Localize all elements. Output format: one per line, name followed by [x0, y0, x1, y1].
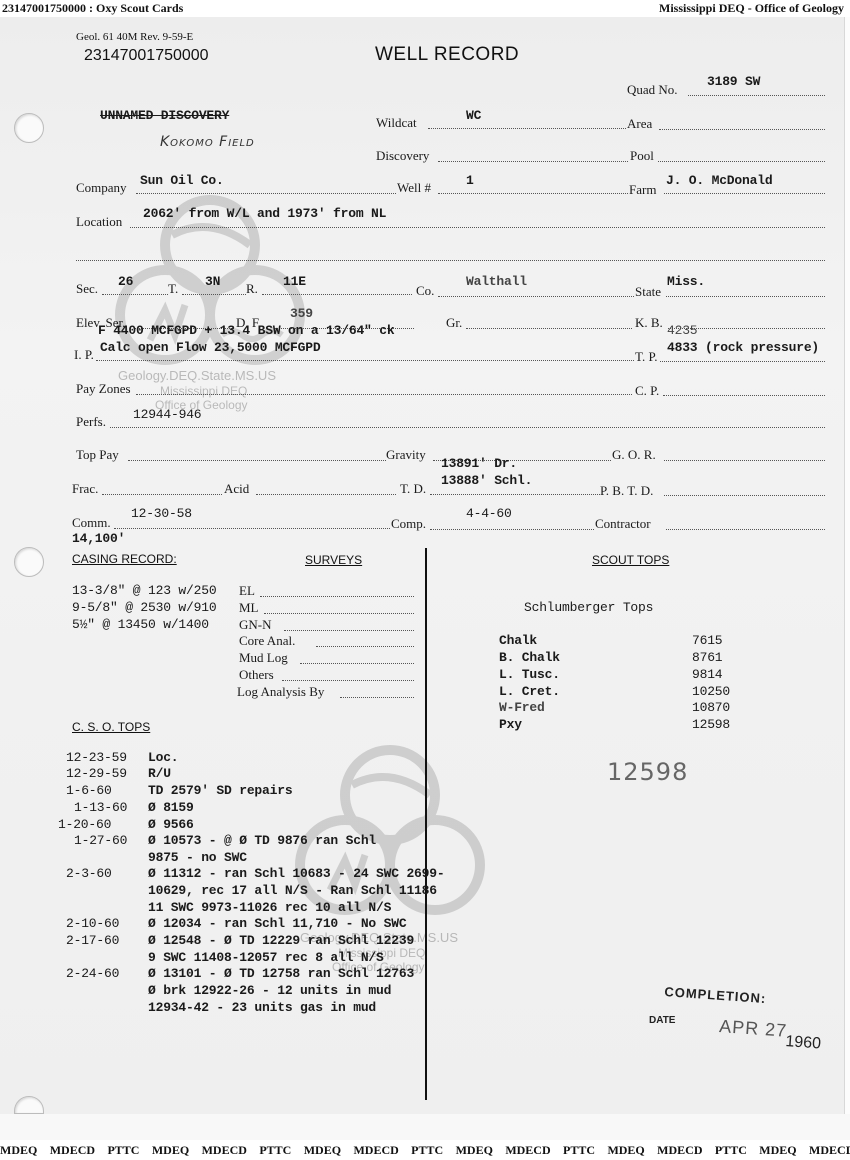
completion-year-value: 1960	[785, 1033, 822, 1053]
cso-entry-text: Ø 10573 - @ Ø TD 9876 ran Schl	[148, 833, 376, 848]
frac-label: Frac.	[72, 481, 98, 497]
well-no-value: 1	[466, 173, 474, 188]
pool-label: Pool	[630, 148, 654, 164]
scout-top-depth: 7615	[692, 633, 722, 648]
scout-top-name: B. Chalk	[499, 650, 560, 665]
township-label: T.	[168, 281, 178, 297]
completion-date-label: DATE	[649, 1015, 675, 1026]
footer-tag: MDECD	[202, 1140, 247, 1160]
state-value: Miss.	[667, 274, 705, 289]
total-depth-label: T. D.	[400, 481, 426, 497]
casing-row: 5½" @ 13450 w/1400	[72, 617, 209, 632]
survey-item-core-anal: Core Anal.	[239, 633, 295, 649]
location-value: 2062' from W/L and 1973' from NL	[143, 206, 386, 221]
survey-item-ml: ML	[239, 600, 259, 616]
area-label: Area	[627, 116, 652, 132]
struck-field-name: UNNAMED DISCOVERY	[100, 108, 229, 123]
form-number: Geol. 61 40M Rev. 9-59-E	[76, 31, 193, 43]
township-value: 3N	[205, 274, 220, 289]
quad-no-label: Quad No.	[627, 82, 678, 98]
county-value: Walthall	[466, 274, 527, 289]
cso-entry-text: 9 SWC 11408-12057 rec 8 all N/S	[148, 950, 384, 965]
cso-entry-date: 12-29-59	[66, 766, 127, 781]
gravity-label: Gravity	[386, 447, 426, 463]
schlumberger-tops-subheading: Schlumberger Tops	[524, 600, 653, 615]
cso-entry-text: Ø 13101 - Ø TD 12758 ran Schl 12763	[148, 966, 414, 981]
scout-top-name: L. Cret.	[499, 684, 560, 699]
cso-entry-text: Ø 8159	[148, 800, 194, 815]
range-label: R.	[246, 281, 258, 297]
ip-value-line1: F 4400 MCFGPD + 13.4 BSW on a 13/64" ck	[98, 323, 394, 338]
surveys-heading: SURVEYS	[305, 553, 362, 567]
footer-tag: MDECD	[657, 1140, 702, 1160]
casing-pressure-label: C. P.	[635, 383, 659, 399]
footer-tag: MDEQ	[152, 1140, 189, 1160]
cso-entry-text: 12934-42 - 23 units gas in mud	[148, 1000, 376, 1015]
cso-entry-date: 2-10-60	[66, 916, 119, 931]
county-label: Co.	[416, 283, 434, 299]
field-name-handwritten: Kokomo Field	[160, 134, 255, 150]
acid-label: Acid	[224, 481, 249, 497]
pay-zones-label: Pay Zones	[76, 381, 131, 397]
publisher-name: Mississippi DEQ - Office of Geology	[659, 0, 844, 17]
commenced-value: 12-30-58	[131, 506, 192, 521]
quad-no-value: 3189 SW	[707, 74, 760, 89]
cso-entry-text: Ø 9566	[148, 817, 194, 832]
company-label: Company	[76, 180, 127, 196]
ground-label: Gr.	[446, 315, 462, 331]
cso-entry-date: 2-17-60	[66, 933, 119, 948]
casing-record-heading: CASING RECORD:	[72, 552, 177, 566]
footer-tag: MDEQ	[759, 1140, 796, 1160]
footer-tag: PTTC	[259, 1140, 291, 1160]
farm-label: Farm	[629, 182, 656, 198]
cso-entry-date: 1-6-60	[66, 783, 112, 798]
survey-item-mud-log: Mud Log	[239, 650, 288, 666]
footer-tag: MDEQ	[607, 1140, 644, 1160]
wildcat-value: WC	[466, 108, 481, 123]
footer-tag: MDEQ	[0, 1140, 37, 1160]
cso-entry-text: Loc.	[148, 750, 178, 765]
cso-entry-date: 2-24-60	[66, 966, 119, 981]
footer-tag: MDECD	[353, 1140, 398, 1160]
proposed-depth: 14,100'	[72, 531, 125, 546]
well-no-label: Well #	[397, 180, 431, 196]
viewer-header: 23147001750000 : Oxy Scout Cards Mississ…	[0, 0, 850, 17]
cso-entry-text: Ø 12548 - Ø TD 12229 ran Schl 12239	[148, 933, 414, 948]
completed-label: Comp.	[391, 516, 426, 532]
perfs-value: 12944-946	[133, 407, 201, 422]
scout-tops-heading: SCOUT TOPS	[592, 553, 669, 567]
gor-label: G. O. R.	[612, 447, 656, 463]
page-edge	[844, 17, 850, 1114]
cso-entry-date: 1-20-60	[58, 817, 111, 832]
cso-entry-date: 1-13-60	[74, 800, 127, 815]
cso-entry-date: 1-27-60	[74, 833, 127, 848]
derrick-floor-value: 359	[290, 306, 313, 321]
cso-entry-text: 11 SWC 9973-11026 rec 10 all N/S	[148, 900, 391, 915]
footer-tag: MDEQ	[304, 1140, 341, 1160]
casing-row: 13-3/8" @ 123 w/250	[72, 583, 216, 598]
kelly-bushing-value: 4235	[667, 323, 697, 338]
tubing-pressure-value: 4833 (rock pressure)	[667, 340, 819, 355]
top-pay-label: Top Pay	[76, 447, 119, 463]
discovery-label: Discovery	[376, 148, 429, 164]
casing-row: 9-5/8" @ 2530 w/910	[72, 600, 216, 615]
range-value: 11E	[283, 274, 306, 289]
tubing-pressure-label: T. P.	[635, 349, 658, 365]
perfs-label: Perfs.	[76, 414, 106, 430]
cso-entry-text: Ø brk 12922-26 - 12 units in mud	[148, 983, 391, 998]
footer-tag: MDEQ	[456, 1140, 493, 1160]
footer-tag: MDECD	[505, 1140, 550, 1160]
footer-tag: PTTC	[107, 1140, 139, 1160]
survey-item-gn-n: GN-N	[239, 617, 272, 633]
footer-tag: MDECD	[809, 1140, 850, 1160]
scout-top-depth: 8761	[692, 650, 722, 665]
scout-top-name: W-Fred	[499, 700, 545, 715]
column-divider	[425, 548, 427, 1100]
footer-tag: PTTC	[563, 1140, 595, 1160]
location-label: Location	[76, 214, 122, 230]
footer-tag: PTTC	[715, 1140, 747, 1160]
viewer-footer: MDEQMDECDPTTCMDEQMDECDPTTCMDEQMDECDPTTCM…	[0, 1140, 850, 1160]
page-bottom-margin	[0, 1114, 850, 1140]
cso-entry-date: 2-3-60	[66, 866, 112, 881]
farm-value: J. O. McDonald	[666, 173, 772, 188]
footer-tag: PTTC	[411, 1140, 443, 1160]
cso-entry-text: Ø 12034 - ran Schl 11,710 - No SWC	[148, 916, 406, 931]
binder-hole-middle	[14, 547, 44, 577]
scout-top-depth: 10250	[692, 684, 730, 699]
cso-tops-heading: C. S. O. TOPS	[72, 720, 150, 734]
form-title: WELL RECORD	[375, 44, 519, 66]
state-label: State	[635, 284, 661, 300]
well-api-number: 23147001750000	[84, 47, 209, 65]
contractor-label: Contractor	[595, 516, 651, 532]
total-depth-driller: 13891' Dr.	[441, 456, 517, 471]
scout-top-depth: 9814	[692, 667, 722, 682]
kelly-bushing-label: K. B.	[635, 315, 663, 331]
initial-potential-label: I. P.	[74, 347, 94, 363]
scout-top-depth: 10870	[692, 700, 730, 715]
cso-entry-text: R/U	[148, 766, 171, 781]
wildcat-label: Wildcat	[376, 115, 417, 131]
cso-entry-date: 12-23-59	[66, 750, 127, 765]
cso-entry-text: 9875 - no SWC	[148, 850, 247, 865]
cso-entry-text: Ø 11312 - ran Schl 10683 - 24 SWC 2699-	[148, 866, 444, 881]
survey-item-log-analysis-by: Log Analysis By	[237, 684, 324, 700]
cso-entry-text: 10629, rec 17 all N/S - Ran Schl 11186	[148, 883, 437, 898]
pbtd-label: P. B. T. D.	[600, 483, 653, 499]
company-value: Sun Oil Co.	[140, 173, 224, 188]
document-title: 23147001750000 : Oxy Scout Cards	[2, 0, 183, 17]
scout-top-name: L. Tusc.	[499, 667, 560, 682]
binder-hole-top	[14, 113, 44, 143]
total-depth-schlumberger: 13888' Schl.	[441, 473, 532, 488]
scout-top-depth: 12598	[692, 717, 730, 732]
section-value: 26	[118, 274, 133, 289]
footer-tag: MDECD	[50, 1140, 95, 1160]
completed-value: 4-4-60	[466, 506, 512, 521]
scout-top-name: Pxy	[499, 717, 522, 732]
scout-top-name: Chalk	[499, 633, 537, 648]
survey-item-others: Others	[239, 667, 274, 683]
commenced-label: Comm.	[72, 515, 111, 531]
cso-entry-text: TD 2579' SD repairs	[148, 783, 292, 798]
section-label: Sec.	[76, 281, 98, 297]
survey-item-el: EL	[239, 583, 255, 599]
ip-value-line2: Calc open Flow 23,5000 MCFGPD	[100, 340, 320, 355]
handwritten-depth-note: 12598	[607, 758, 688, 786]
